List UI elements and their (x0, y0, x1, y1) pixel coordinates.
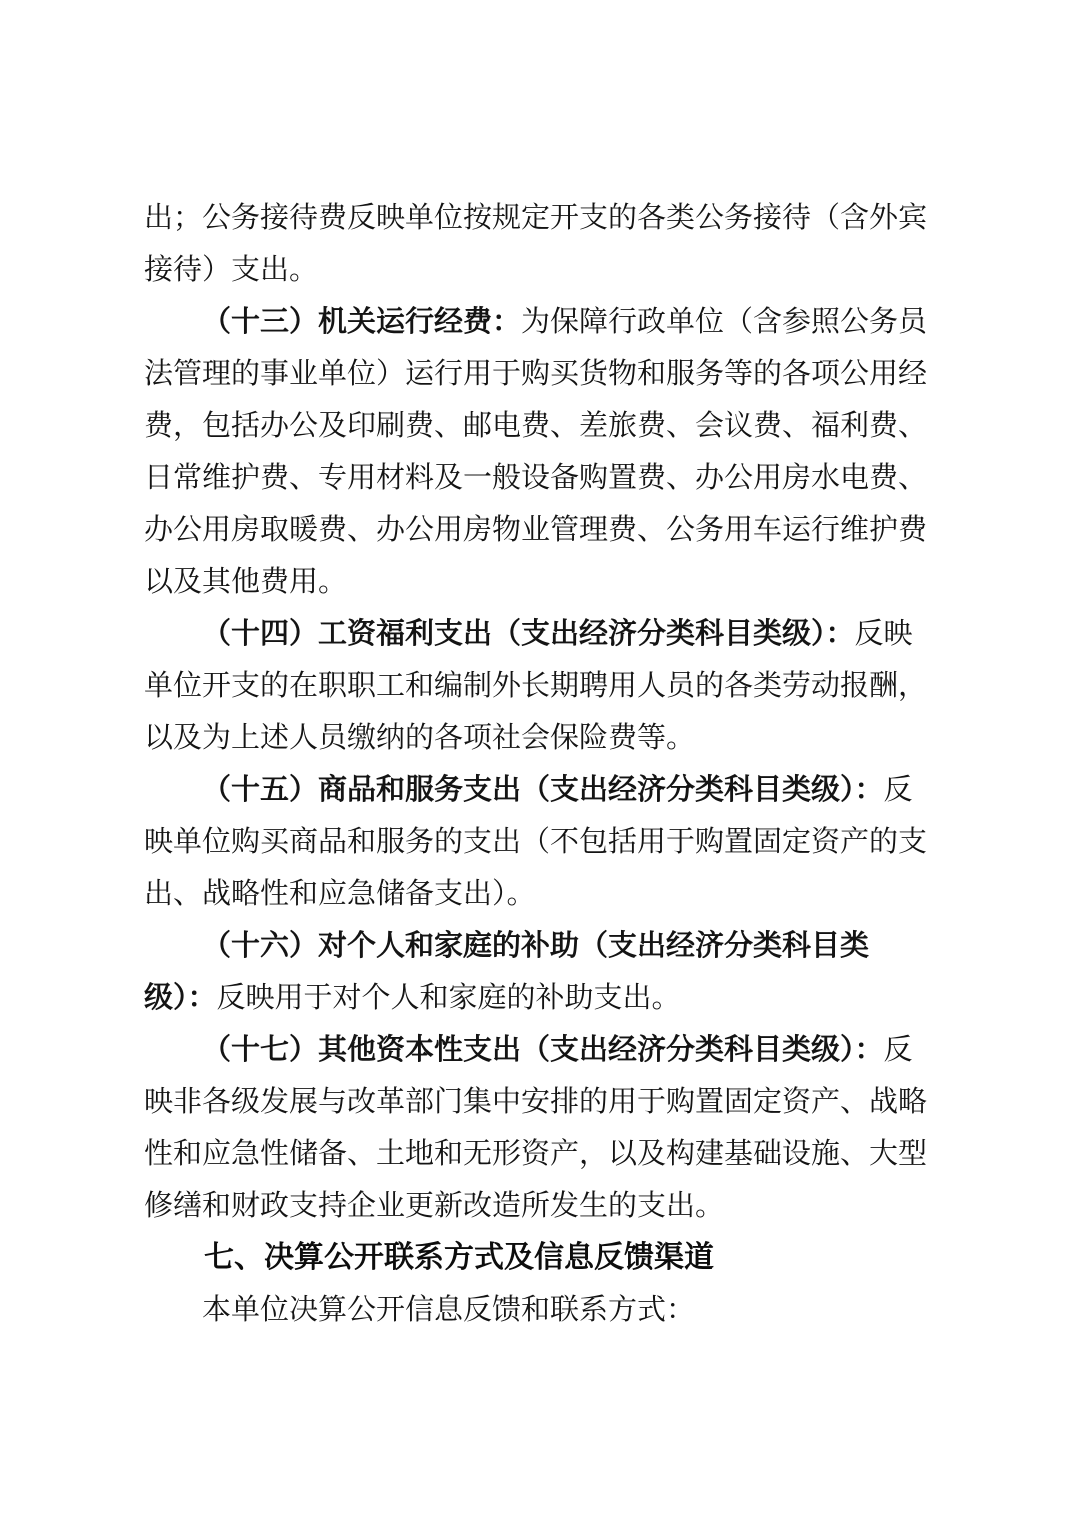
body-paragraph: （十五）商品和服务支出（支出经济分类科目类级）：反 映单位购买商品和服务的支出（… (144, 764, 938, 920)
body-paragraph: （十四）工资福利支出（支出经济分类科目类级）：反映 单位开支的在职职工和编制外长… (144, 608, 938, 764)
paragraph-text: 出；公务接待费反映单位按规定开支的各类公务接待（含外宾 接待）支出。 (144, 202, 927, 286)
body-paragraph: 出；公务接待费反映单位按规定开支的各类公务接待（含外宾 接待）支出。 (144, 192, 938, 296)
term-label: （十三）机关运行经费： (202, 306, 521, 338)
body-paragraph: （十六）对个人和家庭的补助（支出经济分类科目类 级）：反映用于对个人和家庭的补助… (144, 920, 938, 1024)
paragraph-text: 反映用于对个人和家庭的补助支出。 (217, 982, 681, 1014)
paragraph-text: 为保障行政单位（含参照公务员 法管理的事业单位）运行用于购买货物和服务等的各项公… (144, 306, 927, 598)
term-label: （十四）工资福利支出（支出经济分类科目类级）： (202, 618, 855, 650)
document-page: 出；公务接待费反映单位按规定开支的各类公务接待（含外宾 接待）支出。 （十三）机… (0, 0, 1074, 1520)
term-label: （十七）其他资本性支出（支出经济分类科目类级）： (202, 1034, 884, 1066)
section-heading: 七、决算公开联系方式及信息反馈渠道 (144, 1232, 938, 1284)
body-paragraph: （十七）其他资本性支出（支出经济分类科目类级）：反 映非各级发展与改革部门集中安… (144, 1024, 938, 1232)
term-label: （十五）商品和服务支出（支出经济分类科目类级）： (202, 774, 884, 806)
closing-line: 本单位决算公开信息反馈和联系方式： (144, 1284, 938, 1336)
body-paragraph: （十三）机关运行经费：为保障行政单位（含参照公务员 法管理的事业单位）运行用于购… (144, 296, 938, 608)
